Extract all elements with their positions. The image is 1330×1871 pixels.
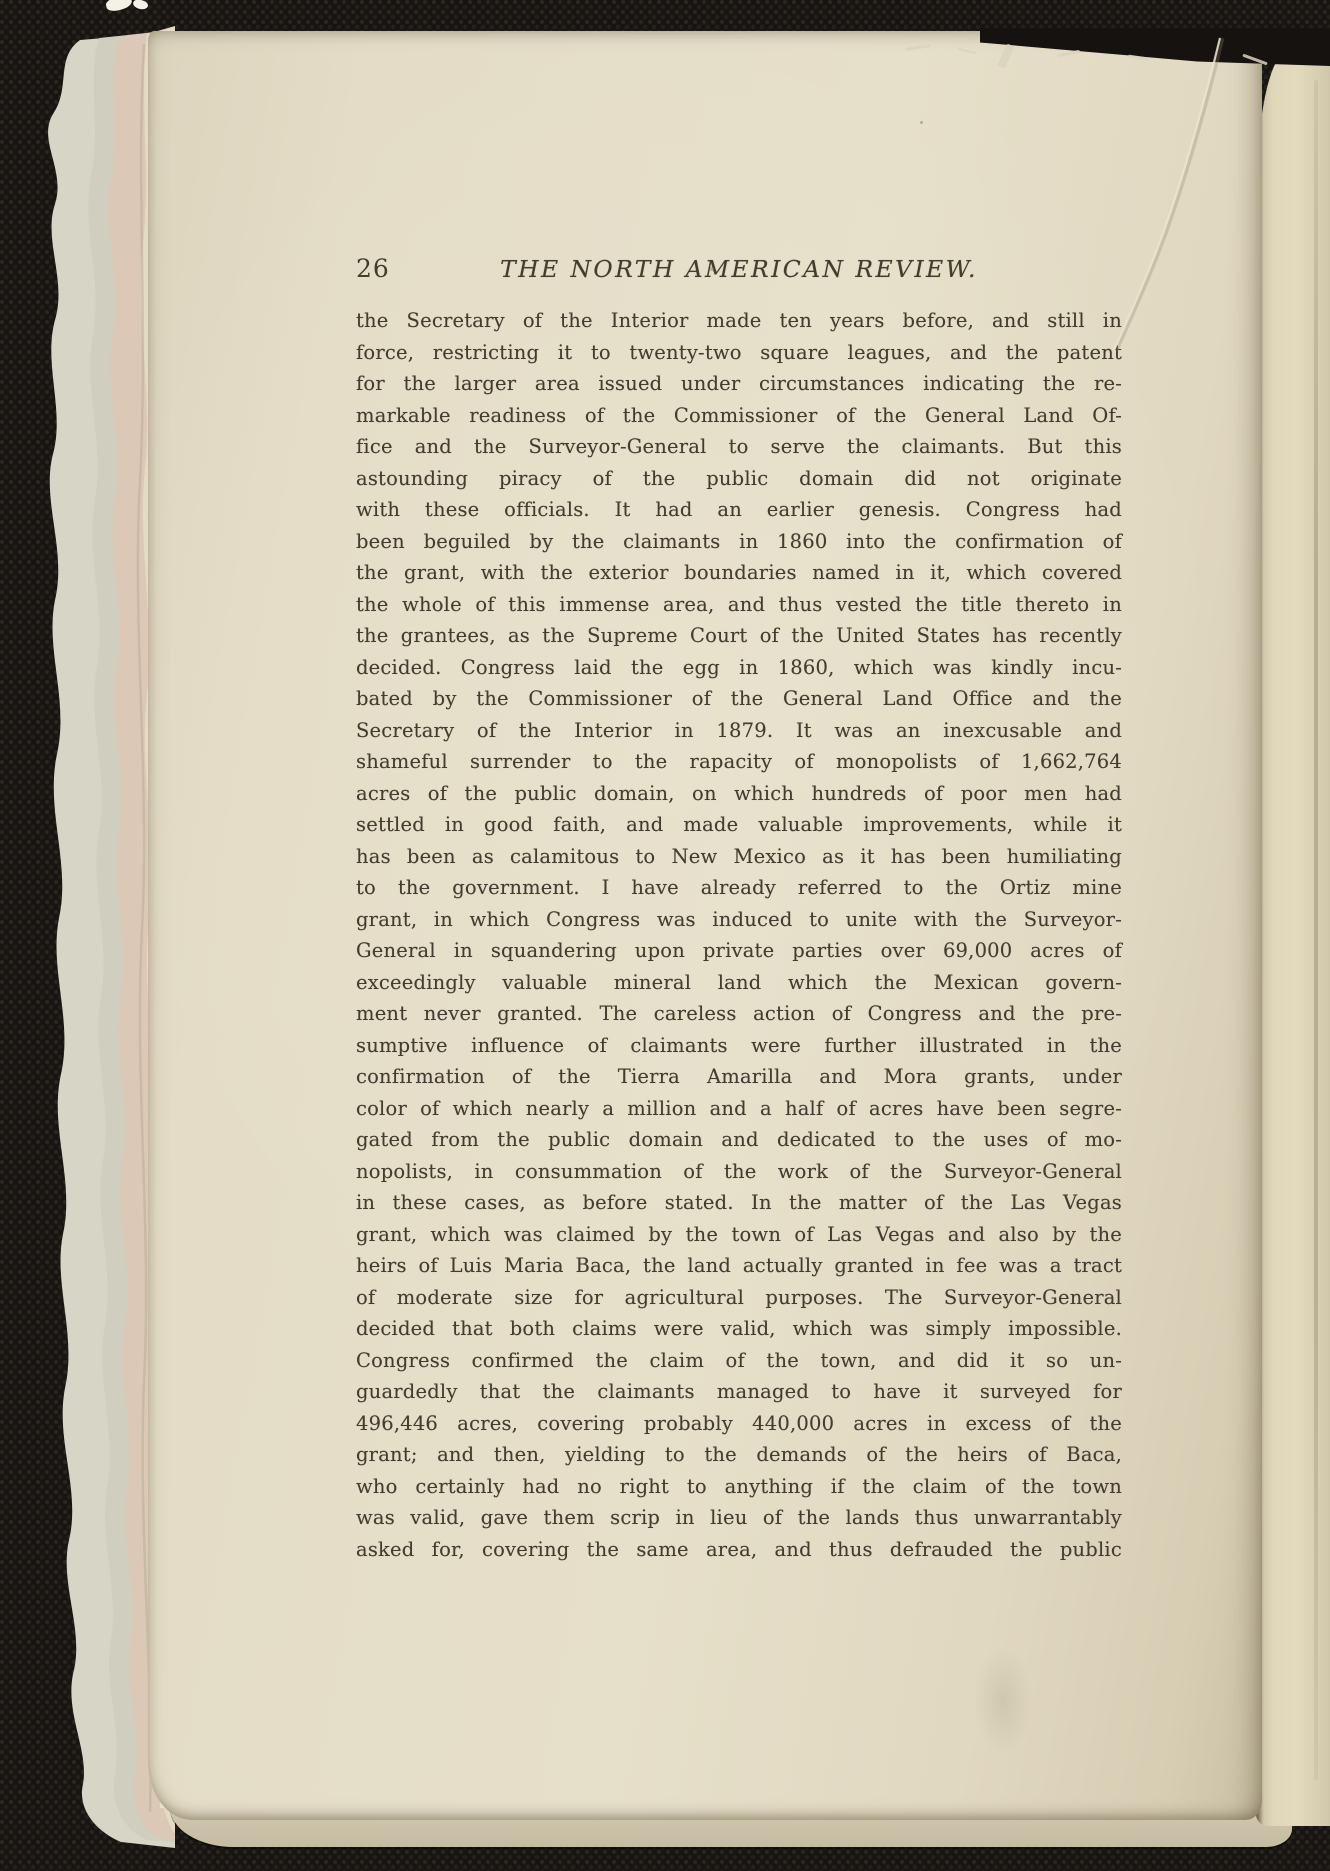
text-line: grant, which was claimed by the town of … <box>356 1219 1122 1251</box>
text-line: 496,446 acres, covering probably 440,000… <box>356 1408 1122 1440</box>
text-line: of moderate size for agricultural purpos… <box>356 1282 1122 1314</box>
adjacent-page-crease <box>1314 80 1318 1780</box>
text-line: Congress confirmed the claim of the town… <box>356 1345 1122 1377</box>
paper-fleck <box>920 121 923 124</box>
text-line: gated from the public domain and dedicat… <box>356 1124 1122 1156</box>
text-line: Secretary of the Interior in 1879. It wa… <box>356 715 1122 747</box>
text-line: the whole of this immense area, and thus… <box>356 589 1122 621</box>
text-line: fice and the Surveyor-General to serve t… <box>356 431 1122 463</box>
scanned-book-photo: 26 THE NORTH AMERICAN REVIEW. the Secret… <box>0 0 1330 1871</box>
text-line: acres of the public domain, on which hun… <box>356 778 1122 810</box>
text-line: been beguiled by the claimants in 1860 i… <box>356 526 1122 558</box>
text-line: decided that both claims were valid, whi… <box>356 1313 1122 1345</box>
text-line: the grantees, as the Supreme Court of th… <box>356 620 1122 652</box>
paper-smudge <box>963 1626 1043 1776</box>
text-line: sumptive influence of claimants were fur… <box>356 1030 1122 1062</box>
text-line: exceedingly valuable mineral land which … <box>356 967 1122 999</box>
torn-paper-bit <box>132 0 149 11</box>
page-crease-line <box>1080 30 1250 360</box>
text-line: ment never granted. The careless action … <box>356 998 1122 1030</box>
text-line: the grant, with the exterior boundaries … <box>356 557 1122 589</box>
text-line: bated by the Commissioner of the General… <box>356 683 1122 715</box>
text-line: force, restricting it to twenty-two squa… <box>356 337 1122 369</box>
text-line: guardedly that the claimants managed to … <box>356 1376 1122 1408</box>
text-line: decided. Congress laid the egg in 1860, … <box>356 652 1122 684</box>
running-header: 26 THE NORTH AMERICAN REVIEW. <box>356 255 1122 285</box>
text-line: heirs of Luis Maria Baca, the land actua… <box>356 1250 1122 1282</box>
text-line: for the larger area issued under circums… <box>356 368 1122 400</box>
text-line: confirmation of the Tierra Amarilla and … <box>356 1061 1122 1093</box>
text-line: the Secretary of the Interior made ten y… <box>356 305 1122 337</box>
page-body-text: the Secretary of the Interior made ten y… <box>356 305 1122 1565</box>
text-line: has been as calamitous to New Mexico as … <box>356 841 1122 873</box>
text-line: who certainly had no right to anything i… <box>356 1471 1122 1503</box>
text-line: color of which nearly a million and a ha… <box>356 1093 1122 1125</box>
text-line: grant, in which Congress was induced to … <box>356 904 1122 936</box>
text-line: asked for, covering the same area, and t… <box>356 1534 1122 1566</box>
torn-paper-bit <box>105 0 133 13</box>
text-line: settled in good faith, and made valuable… <box>356 809 1122 841</box>
text-line: to the government. I have already referr… <box>356 872 1122 904</box>
text-line: shameful surrender to the rapacity of mo… <box>356 746 1122 778</box>
text-line: in these cases, as before stated. In the… <box>356 1187 1122 1219</box>
text-line: with these officials. It had an earlier … <box>356 494 1122 526</box>
paper-fleck <box>710 267 714 271</box>
text-line: grant; and then, yielding to the demands… <box>356 1439 1122 1471</box>
text-line: markable readiness of the Commissioner o… <box>356 400 1122 432</box>
adjacent-page-edge <box>1256 54 1330 1826</box>
text-line: General in squandering upon private part… <box>356 935 1122 967</box>
running-title: THE NORTH AMERICAN REVIEW. <box>356 255 1122 283</box>
text-line: astounding piracy of the public domain d… <box>356 463 1122 495</box>
text-line: nopolists, in consummation of the work o… <box>356 1156 1122 1188</box>
text-line: was valid, gave them scrip in lieu of th… <box>356 1502 1122 1534</box>
